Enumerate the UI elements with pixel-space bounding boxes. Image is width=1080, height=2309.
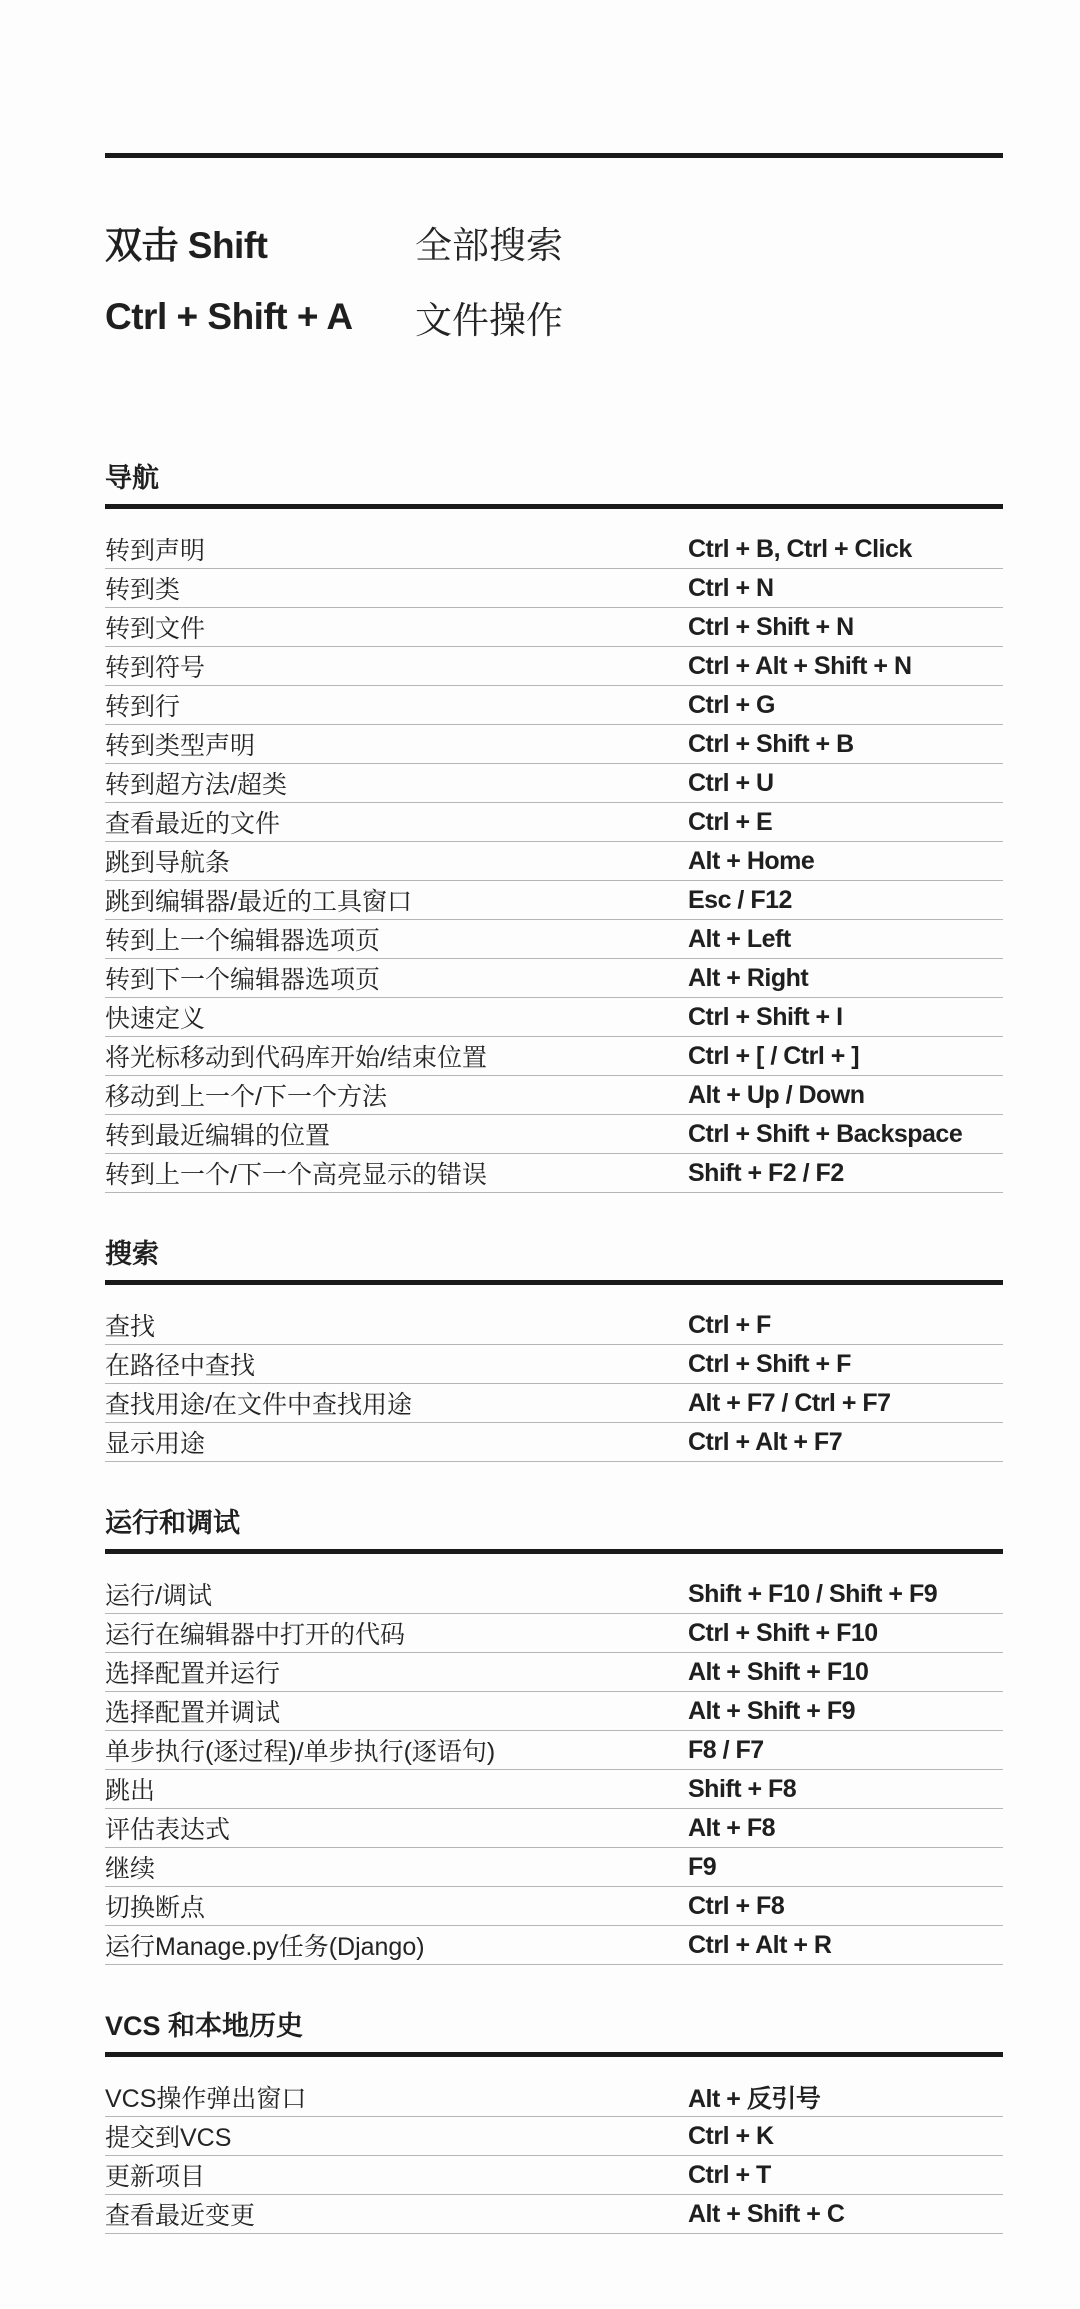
shortcut-keys: Ctrl + [ / Ctrl + ] [688,1042,1003,1071]
action-label: 提交到VCS [105,2118,688,2154]
shortcut-keys: Alt + Up / Down [688,1081,1003,1110]
table-row: 转到文件 Ctrl + Shift + N [105,608,1003,647]
action-label: 继续 [105,1849,688,1885]
action-label: 查看最近的文件 [105,804,688,840]
action-label: 转到行 [105,687,688,723]
action-label: 转到类 [105,570,688,606]
table-row: 查看最近变更 Alt + Shift + C [105,2195,1003,2234]
shortcut-keys: Ctrl + K [688,2122,1003,2151]
table-row: 转到上一个/下一个高亮显示的错误 Shift + F2 / F2 [105,1154,1003,1193]
action-label: 选择配置并调试 [105,1693,688,1729]
section-title: 搜索 [105,1238,1003,1270]
shortcut-keys: Ctrl + F [688,1311,1003,1340]
action-label: 转到类型声明 [105,726,688,762]
shortcut-keys: F9 [688,1853,1003,1882]
shortcut-keys: Shift + F10 / Shift + F9 [688,1580,1003,1609]
table-row: 快速定义 Ctrl + Shift + I [105,998,1003,1037]
action-label: 转到上一个/下一个高亮显示的错误 [105,1155,688,1191]
table-row: 跳出 Shift + F8 [105,1770,1003,1809]
action-label: 转到最近编辑的位置 [105,1116,688,1152]
shortcut-keys: Ctrl + Shift + A [105,296,415,338]
shortcut-keys: Ctrl + Shift + F [688,1350,1003,1379]
action-label: 选择配置并运行 [105,1654,688,1690]
action-label: 转到下一个编辑器选项页 [105,960,688,996]
shortcut-section: 搜索 查找 Ctrl + F 在路径中查找 Ctrl + Shift + F 查… [105,1238,1003,1462]
table-row: 转到符号 Ctrl + Alt + Shift + N [105,647,1003,686]
section-title: VCS 和本地历史 [105,2010,1003,2042]
table-row: 运行在编辑器中打开的代码 Ctrl + Shift + F10 [105,1614,1003,1653]
shortcut-keys: Ctrl + B, Ctrl + Click [688,535,1003,564]
shortcut-table: 查找 Ctrl + F 在路径中查找 Ctrl + Shift + F 查找用途… [105,1306,1003,1462]
shortcut-keys: Shift + F2 / F2 [688,1159,1003,1188]
shortcut-keys: Shift + F8 [688,1775,1003,1804]
table-row: 跳到导航条 Alt + Home [105,842,1003,881]
section-divider [105,1280,1003,1285]
table-row: 继续 F9 [105,1848,1003,1887]
hero-row: Ctrl + Shift + A 文件操作 [105,279,1003,354]
action-label: 切换断点 [105,1888,688,1924]
shortcut-keys: Ctrl + F8 [688,1892,1003,1921]
shortcut-section: VCS 和本地历史 VCS操作弹出窗口 Alt + 反引号 提交到VCS Ctr… [105,2010,1003,2234]
action-label: 显示用途 [105,1424,688,1460]
hero-row: 双击 Shift 全部搜索 [105,204,1003,279]
table-row: 查找用途/在文件中查找用途 Alt + F7 / Ctrl + F7 [105,1384,1003,1423]
page-content: 双击 Shift 全部搜索 Ctrl + Shift + A 文件操作 导航 转… [105,0,1003,2234]
section-divider [105,504,1003,509]
shortcut-keys: 双击 Shift [105,215,415,269]
table-row: 转到类 Ctrl + N [105,569,1003,608]
shortcut-keys: Ctrl + Alt + F7 [688,1428,1003,1457]
table-row: 转到最近编辑的位置 Ctrl + Shift + Backspace [105,1115,1003,1154]
table-row: 更新项目 Ctrl + T [105,2156,1003,2195]
action-label: 转到上一个编辑器选项页 [105,921,688,957]
hero-shortcuts: 双击 Shift 全部搜索 Ctrl + Shift + A 文件操作 [105,204,1003,354]
shortcut-keys: Alt + Left [688,925,1003,954]
action-label: 查找用途/在文件中查找用途 [105,1385,688,1421]
action-label: VCS操作弹出窗口 [105,2079,688,2115]
action-label: 运行在编辑器中打开的代码 [105,1615,688,1651]
shortcut-keys: Alt + Shift + F9 [688,1697,1003,1726]
table-row: 切换断点 Ctrl + F8 [105,1887,1003,1926]
action-label: 评估表达式 [105,1810,688,1846]
table-row: 运行Manage.py任务(Django) Ctrl + Alt + R [105,1926,1003,1965]
shortcut-keys: Ctrl + Shift + Backspace [688,1120,1003,1149]
table-row: 查找 Ctrl + F [105,1306,1003,1345]
table-row: 转到类型声明 Ctrl + Shift + B [105,725,1003,764]
action-label: 查找 [105,1307,688,1343]
shortcut-section: 导航 转到声明 Ctrl + B, Ctrl + Click 转到类 Ctrl … [105,462,1003,1193]
sections-container: 导航 转到声明 Ctrl + B, Ctrl + Click 转到类 Ctrl … [105,462,1003,2234]
shortcut-keys: Ctrl + Alt + R [688,1931,1003,1960]
shortcut-keys: Alt + F7 / Ctrl + F7 [688,1389,1003,1418]
shortcut-keys: Ctrl + N [688,574,1003,603]
action-label: 单步执行(逐过程)/单步执行(逐语句) [105,1732,688,1768]
action-label: 跳出 [105,1771,688,1807]
top-divider [105,153,1003,158]
action-label: 快速定义 [105,999,688,1035]
action-label: 转到文件 [105,609,688,645]
shortcut-keys: Alt + F8 [688,1814,1003,1843]
action-label: 更新项目 [105,2157,688,2193]
table-row: 选择配置并运行 Alt + Shift + F10 [105,1653,1003,1692]
action-label: 将光标移动到代码库开始/结束位置 [105,1038,688,1074]
table-row: 跳到编辑器/最近的工具窗口 Esc / F12 [105,881,1003,920]
action-label: 跳到编辑器/最近的工具窗口 [105,882,688,918]
shortcut-keys: Ctrl + Shift + F10 [688,1619,1003,1648]
table-row: 移动到上一个/下一个方法 Alt + Up / Down [105,1076,1003,1115]
table-row: 提交到VCS Ctrl + K [105,2117,1003,2156]
action-label: 转到超方法/超类 [105,765,688,801]
shortcut-keys: Ctrl + Shift + B [688,730,1003,759]
shortcut-keys: Ctrl + T [688,2161,1003,2190]
table-row: 转到上一个编辑器选项页 Alt + Left [105,920,1003,959]
shortcut-keys: Ctrl + Alt + Shift + N [688,652,1003,681]
shortcut-keys: Ctrl + Shift + N [688,613,1003,642]
section-title: 运行和调试 [105,1507,1003,1539]
table-row: 显示用途 Ctrl + Alt + F7 [105,1423,1003,1462]
table-row: 转到下一个编辑器选项页 Alt + Right [105,959,1003,998]
action-label: 运行/调试 [105,1576,688,1612]
shortcut-keys: Ctrl + E [688,808,1003,837]
action-label: 在路径中查找 [105,1346,688,1382]
table-row: 运行/调试 Shift + F10 / Shift + F9 [105,1575,1003,1614]
table-row: 单步执行(逐过程)/单步执行(逐语句) F8 / F7 [105,1731,1003,1770]
cheatsheet-page: 双击 Shift 全部搜索 Ctrl + Shift + A 文件操作 导航 转… [0,0,1080,2309]
section-divider [105,1549,1003,1554]
action-label: 运行Manage.py任务(Django) [105,1927,688,1963]
table-row: 评估表达式 Alt + F8 [105,1809,1003,1848]
shortcut-keys: Alt + Shift + C [688,2200,1003,2229]
shortcut-keys: Esc / F12 [688,886,1003,915]
table-row: 将光标移动到代码库开始/结束位置 Ctrl + [ / Ctrl + ] [105,1037,1003,1076]
table-row: 在路径中查找 Ctrl + Shift + F [105,1345,1003,1384]
shortcut-table: 转到声明 Ctrl + B, Ctrl + Click 转到类 Ctrl + N… [105,530,1003,1193]
action-label: 移动到上一个/下一个方法 [105,1077,688,1113]
action-label: 转到声明 [105,531,688,567]
shortcut-keys: Ctrl + Shift + I [688,1003,1003,1032]
shortcut-keys: Ctrl + U [688,769,1003,798]
shortcut-keys: Alt + 反引号 [688,2079,1003,2115]
shortcut-keys: Alt + Home [688,847,1003,876]
action-label: 转到符号 [105,648,688,684]
table-row: 转到行 Ctrl + G [105,686,1003,725]
table-row: 转到超方法/超类 Ctrl + U [105,764,1003,803]
shortcut-keys: Alt + Right [688,964,1003,993]
section-divider [105,2052,1003,2057]
shortcut-table: 运行/调试 Shift + F10 / Shift + F9 运行在编辑器中打开… [105,1575,1003,1965]
action-label: 跳到导航条 [105,843,688,879]
shortcut-keys: Ctrl + G [688,691,1003,720]
table-row: 查看最近的文件 Ctrl + E [105,803,1003,842]
section-title: 导航 [105,462,1003,494]
table-row: VCS操作弹出窗口 Alt + 反引号 [105,2078,1003,2117]
shortcut-section: 运行和调试 运行/调试 Shift + F10 / Shift + F9 运行在… [105,1507,1003,1965]
action-label: 文件操作 [415,290,563,344]
shortcut-keys: F8 / F7 [688,1736,1003,1765]
shortcut-table: VCS操作弹出窗口 Alt + 反引号 提交到VCS Ctrl + K 更新项目… [105,2078,1003,2234]
action-label: 查看最近变更 [105,2196,688,2232]
table-row: 转到声明 Ctrl + B, Ctrl + Click [105,530,1003,569]
action-label: 全部搜索 [415,215,563,269]
shortcut-keys: Alt + Shift + F10 [688,1658,1003,1687]
table-row: 选择配置并调试 Alt + Shift + F9 [105,1692,1003,1731]
